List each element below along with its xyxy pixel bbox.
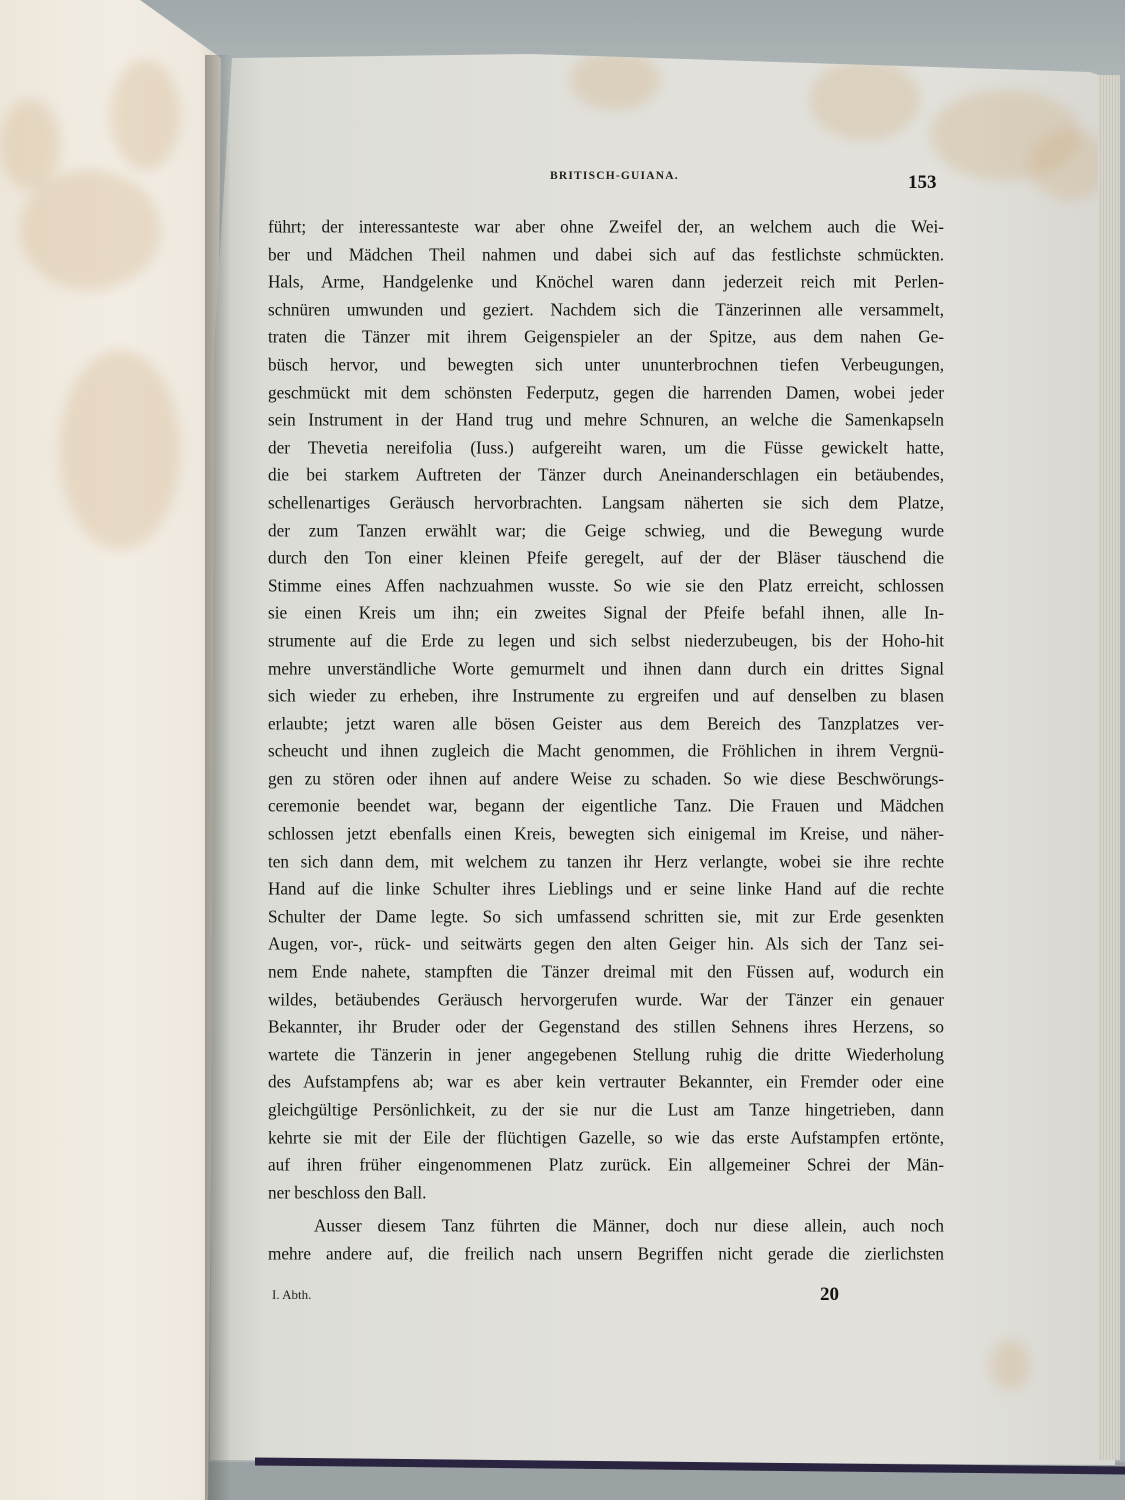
text-line: Stimme eines Affen nachzuahmen wusste. S… [268, 571, 944, 600]
sheet-number: 20 [820, 1284, 839, 1306]
text-line: mehre unverständliche Worte gemurmelt un… [268, 654, 944, 683]
text-line: erlaubte; jetzt waren alle bösen Geister… [268, 709, 944, 738]
text-line: Ausser diesem Tanz führten die Männer, d… [268, 1212, 944, 1241]
text-line: gen zu stören oder ihnen auf andere Weis… [268, 764, 944, 793]
text-line: kehrte sie mit der Eile der flüchtigen G… [268, 1123, 944, 1152]
foxing-stain [20, 170, 160, 290]
text-line: der Thevetia nereifolia (Iuss.) aufgerei… [268, 433, 944, 462]
text-line: sein Instrument in der Hand trug und meh… [268, 405, 944, 434]
text-line: büsch hervor, und bewegten sich unter un… [268, 350, 944, 379]
text-line: die bei starkem Auftreten der Tänzer dur… [268, 461, 944, 490]
foxing-stain [0, 100, 60, 190]
text-line: schlossen jetzt ebenfalls einen Kreis, b… [268, 819, 944, 848]
text-line: schnüren umwunden und geziert. Nachdem s… [268, 295, 944, 324]
foxing-stain [570, 50, 660, 110]
text-line: sie einen Kreis um ihn; ein zweites Sign… [268, 599, 944, 628]
text-line: ten sich dann dem, mit welchem zu tanzen… [268, 847, 944, 876]
left-page [0, 0, 221, 1500]
text-line: Hand auf die linke Schulter ihres Liebli… [268, 875, 944, 904]
foxing-stain [60, 350, 180, 550]
text-line: Schulter der Dame legte. So sich umfasse… [268, 902, 944, 931]
text-line: nem Ende nahete, stampften die Tänzer dr… [268, 957, 944, 986]
text-line: sich wieder zu erheben, ihre Instrumente… [268, 681, 944, 710]
text-line: mehre andere auf, die freilich nach unse… [268, 1239, 944, 1268]
text-line: Bekannter, ihr Bruder oder der Gegenstan… [268, 1013, 944, 1042]
text-line: geschmückt mit dem schönsten Federputz, … [268, 378, 944, 407]
text-line: ber und Mädchen Theil nahmen und dabei s… [268, 240, 944, 269]
page-edges [1098, 75, 1120, 1460]
text-line: strumente auf die Erde zu legen und sich… [268, 626, 944, 655]
body-text: führt; der interessanteste war aber ohne… [268, 213, 944, 1268]
text-line: wartete die Tänzerin in jener angegebene… [268, 1040, 944, 1069]
text-line: scheucht und ihnen zugleich die Macht ge… [268, 737, 944, 766]
text-line: schellenartiges Geräusch hervorbrachten.… [268, 488, 944, 517]
foxing-stain [810, 60, 920, 140]
foxing-stain [110, 60, 180, 170]
text-line: des Aufstampfens ab; war es aber kein ve… [268, 1068, 944, 1097]
text-line: auf ihren früher eingenommenen Platz zur… [268, 1150, 944, 1179]
text-line: ceremonie beendet war, begann der eigent… [268, 792, 944, 821]
text-line: Augen, vor-, rück- und seitwärts gegen d… [268, 930, 944, 959]
text-line: der zum Tanzen erwählt war; die Geige sc… [268, 516, 944, 545]
page-number: 153 [908, 172, 937, 194]
text-line: durch den Ton einer kleinen Pfeife gereg… [268, 543, 944, 572]
text-line: ner beschloss den Ball. [268, 1178, 944, 1207]
text-line: Hals, Arme, Handgelenke und Knöchel ware… [268, 267, 944, 296]
foxing-stain [990, 1340, 1030, 1390]
text-line: gleichgültige Persönlichkeit, zu der sie… [268, 1095, 944, 1124]
spine-gutter [205, 55, 231, 1500]
signature-mark: I. Abth. [272, 1287, 311, 1303]
running-head: BRITISCH-GUIANA. [550, 170, 679, 182]
text-line: führt; der interessanteste war aber ohne… [268, 212, 944, 241]
text-line: wildes, betäubendes Geräusch hervorgeruf… [268, 985, 944, 1014]
text-line: traten die Tänzer mit ihrem Geigenspiele… [268, 323, 944, 352]
